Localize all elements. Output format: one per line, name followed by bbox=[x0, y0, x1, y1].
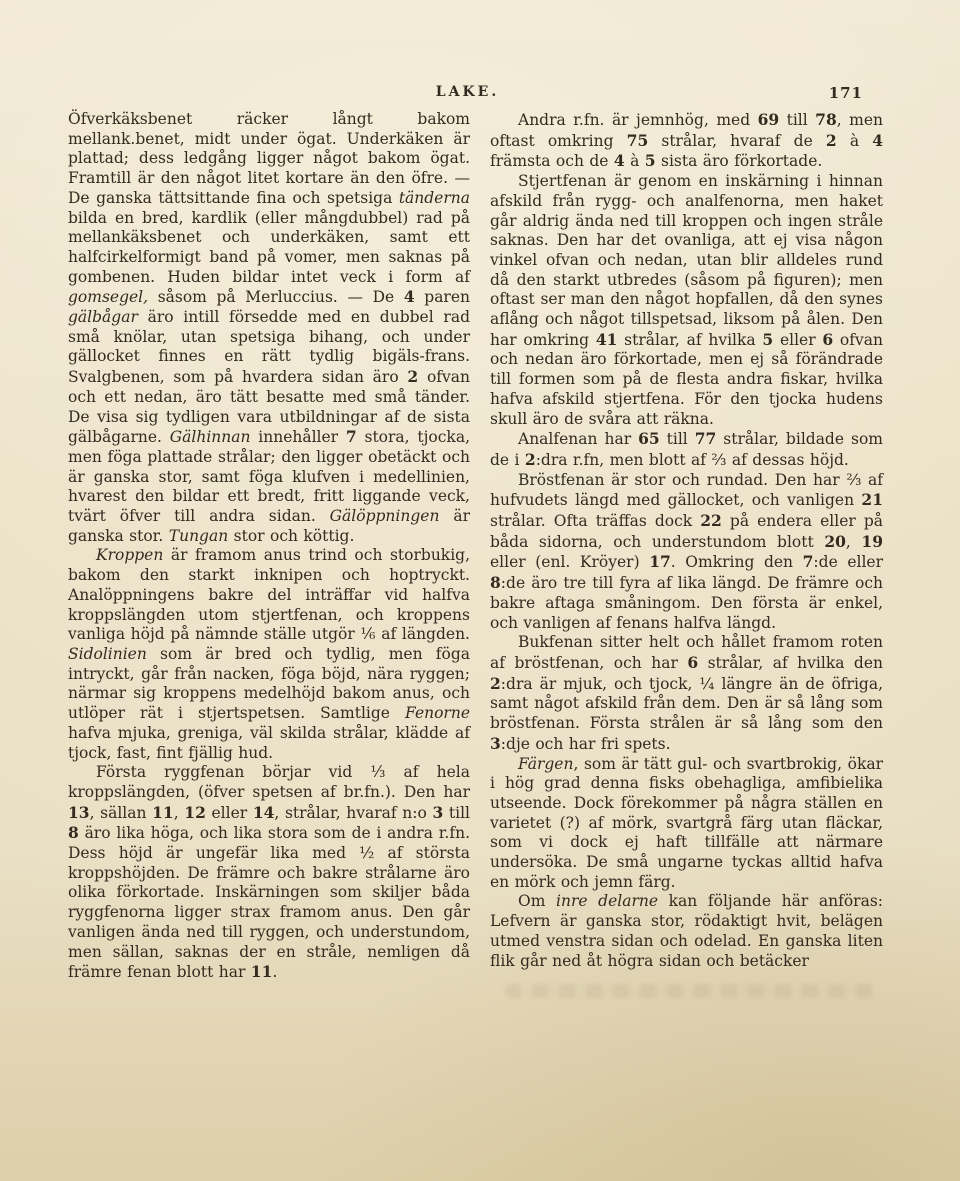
text-run: à bbox=[625, 152, 645, 170]
text-run: , som är tätt gul- och svartbrokig, ökar… bbox=[490, 755, 883, 891]
text-run: till bbox=[443, 804, 470, 822]
numeral: 75 bbox=[627, 131, 649, 150]
text-run: främsta och de bbox=[490, 152, 614, 170]
italic-term: gälbågar bbox=[68, 308, 138, 326]
numeral: 11 bbox=[152, 803, 174, 822]
numeral: 41 bbox=[596, 330, 618, 349]
numeral: 4 bbox=[404, 287, 415, 306]
numeral: 5 bbox=[645, 151, 656, 170]
text-run: :de äro tre till fyra af lika längd. De … bbox=[490, 574, 883, 631]
numeral: 17 bbox=[649, 552, 671, 571]
text-run: strålar, af hvilka den bbox=[698, 654, 883, 672]
ink-bleed-through-smudge bbox=[505, 984, 875, 998]
text-run: Första ryggfenan börjar vid ⅓ af hela kr… bbox=[68, 763, 470, 801]
text-run: innehåller bbox=[250, 428, 345, 446]
italic-term: tänderna bbox=[399, 189, 470, 207]
page-number: 171 bbox=[829, 84, 863, 102]
text-run: Analfenan har bbox=[518, 430, 638, 448]
text-run: Bröstfenan är stor och rundad. Den har ⅔… bbox=[490, 471, 883, 510]
italic-term: Sidolinien bbox=[68, 645, 147, 663]
paragraph: Analfenan har 65 till 77 strålar, bildad… bbox=[490, 429, 883, 470]
numeral: 6 bbox=[687, 653, 698, 672]
text-run: till bbox=[660, 430, 695, 448]
numeral: 7 bbox=[346, 427, 357, 446]
text-run: :dra r.fn, men blott af ⅔ af dessas höjd… bbox=[536, 451, 849, 469]
numeral: 2 bbox=[490, 674, 501, 693]
text-run: strålar, af hvilka bbox=[617, 331, 762, 349]
paragraph: Kroppen är framom anus trind och storbuk… bbox=[68, 546, 470, 763]
numeral: 22 bbox=[700, 511, 722, 530]
italic-term: Gälöppningen bbox=[330, 507, 440, 525]
text-run: hafva mjuka, greniga, väl skilda strålar… bbox=[68, 724, 470, 762]
text-column-right: Andra r.fn. är jemnhög, med 69 till 78, … bbox=[490, 110, 883, 983]
numeral: 2 bbox=[525, 450, 536, 469]
text-columns: Öfverkäksbenet räcker långt bakom mellan… bbox=[68, 110, 883, 983]
text-run: till bbox=[779, 111, 815, 129]
numeral: 4 bbox=[614, 151, 625, 170]
numeral: 13 bbox=[68, 803, 90, 822]
text-run: :dje och har fri spets. bbox=[501, 735, 671, 753]
text-run: paren bbox=[415, 288, 470, 306]
text-run: à bbox=[837, 132, 873, 150]
italic-term: Kroppen bbox=[96, 546, 163, 564]
numeral: 7 bbox=[803, 552, 814, 571]
numeral: 5 bbox=[762, 330, 773, 349]
numeral: 2 bbox=[826, 131, 837, 150]
paragraph: Bukfenan sitter helt och hållet framom r… bbox=[490, 633, 883, 754]
paragraph: Stjertfenan är genom en inskärning i hin… bbox=[490, 172, 883, 429]
text-run: , bbox=[174, 804, 185, 822]
text-run: Andra r.fn. är jemnhög, med bbox=[518, 111, 758, 129]
numeral: 69 bbox=[758, 110, 780, 129]
italic-term: gomsegel, bbox=[68, 288, 148, 306]
text-run: strålar, hvaraf de bbox=[648, 132, 826, 150]
text-run: , strålar, hvaraf n:o bbox=[274, 804, 432, 822]
text-run: :dra är mjuk, och tjock, ¼ längre än de … bbox=[490, 675, 883, 732]
numeral: 3 bbox=[432, 803, 443, 822]
numeral: 77 bbox=[695, 429, 717, 448]
italic-term: inre delarne bbox=[556, 892, 658, 910]
paragraph: Första ryggfenan börjar vid ⅓ af hela kr… bbox=[68, 763, 470, 983]
numeral: 14 bbox=[253, 803, 275, 822]
numeral: 21 bbox=[861, 490, 883, 509]
text-run: eller bbox=[206, 804, 253, 822]
text-run: strålar. Ofta träffas dock bbox=[490, 512, 700, 530]
text-run: äro lika höga, och lika stora som de i a… bbox=[68, 824, 470, 981]
paragraph: Öfverkäksbenet räcker långt bakom mellan… bbox=[68, 110, 470, 546]
numeral: 12 bbox=[184, 803, 206, 822]
numeral: 2 bbox=[407, 367, 418, 386]
page-header-title: LAKE. bbox=[60, 84, 875, 100]
numeral: 65 bbox=[638, 429, 660, 448]
text-run: sista äro förkortade. bbox=[656, 152, 823, 170]
text-run: såsom på Merluccius. — De bbox=[148, 288, 404, 306]
text-run: eller (enl. Kröyer) bbox=[490, 553, 649, 571]
text-run: . Omkring den bbox=[671, 553, 803, 571]
numeral: 78 bbox=[815, 110, 837, 129]
text-run: . bbox=[272, 963, 277, 981]
numeral: 8 bbox=[68, 823, 79, 842]
text-run: Om bbox=[518, 892, 556, 910]
text-run: :de eller bbox=[813, 553, 883, 571]
italic-term: Fenorne bbox=[405, 704, 470, 722]
text-run: eller bbox=[773, 331, 822, 349]
numeral: 11 bbox=[251, 962, 273, 981]
italic-term: Färgen bbox=[518, 755, 573, 773]
text-run: Stjertfenan är genom en inskärning i hin… bbox=[490, 172, 883, 349]
numeral: 20 bbox=[824, 532, 846, 551]
numeral: 3 bbox=[490, 734, 501, 753]
text-run: stor och köttig. bbox=[228, 527, 354, 545]
text-run: , bbox=[846, 533, 862, 551]
numeral: 6 bbox=[822, 330, 833, 349]
text-run: , sällan bbox=[90, 804, 153, 822]
paragraph: Om inre delarne kan följande här anföras… bbox=[490, 892, 883, 971]
numeral: 8 bbox=[490, 573, 501, 592]
italic-term: Gälhinnan bbox=[170, 428, 251, 446]
italic-term: Tungan bbox=[169, 527, 228, 545]
paragraph: Färgen, som är tätt gul- och svartbrokig… bbox=[490, 755, 883, 893]
book-page-scan: LAKE. 171 Öfverkäksbenet räcker långt ba… bbox=[0, 0, 960, 1181]
paragraph: Bröstfenan är stor och rundad. Den har ⅔… bbox=[490, 471, 883, 634]
numeral: 4 bbox=[872, 131, 883, 150]
numeral: 19 bbox=[861, 532, 883, 551]
running-head: LAKE. 171 bbox=[68, 84, 883, 106]
text-column-left: Öfverkäksbenet räcker långt bakom mellan… bbox=[68, 110, 470, 983]
text-run: bilda en bred, kardlik (eller mångdubbel… bbox=[68, 209, 470, 286]
paragraph: Andra r.fn. är jemnhög, med 69 till 78, … bbox=[490, 110, 883, 172]
